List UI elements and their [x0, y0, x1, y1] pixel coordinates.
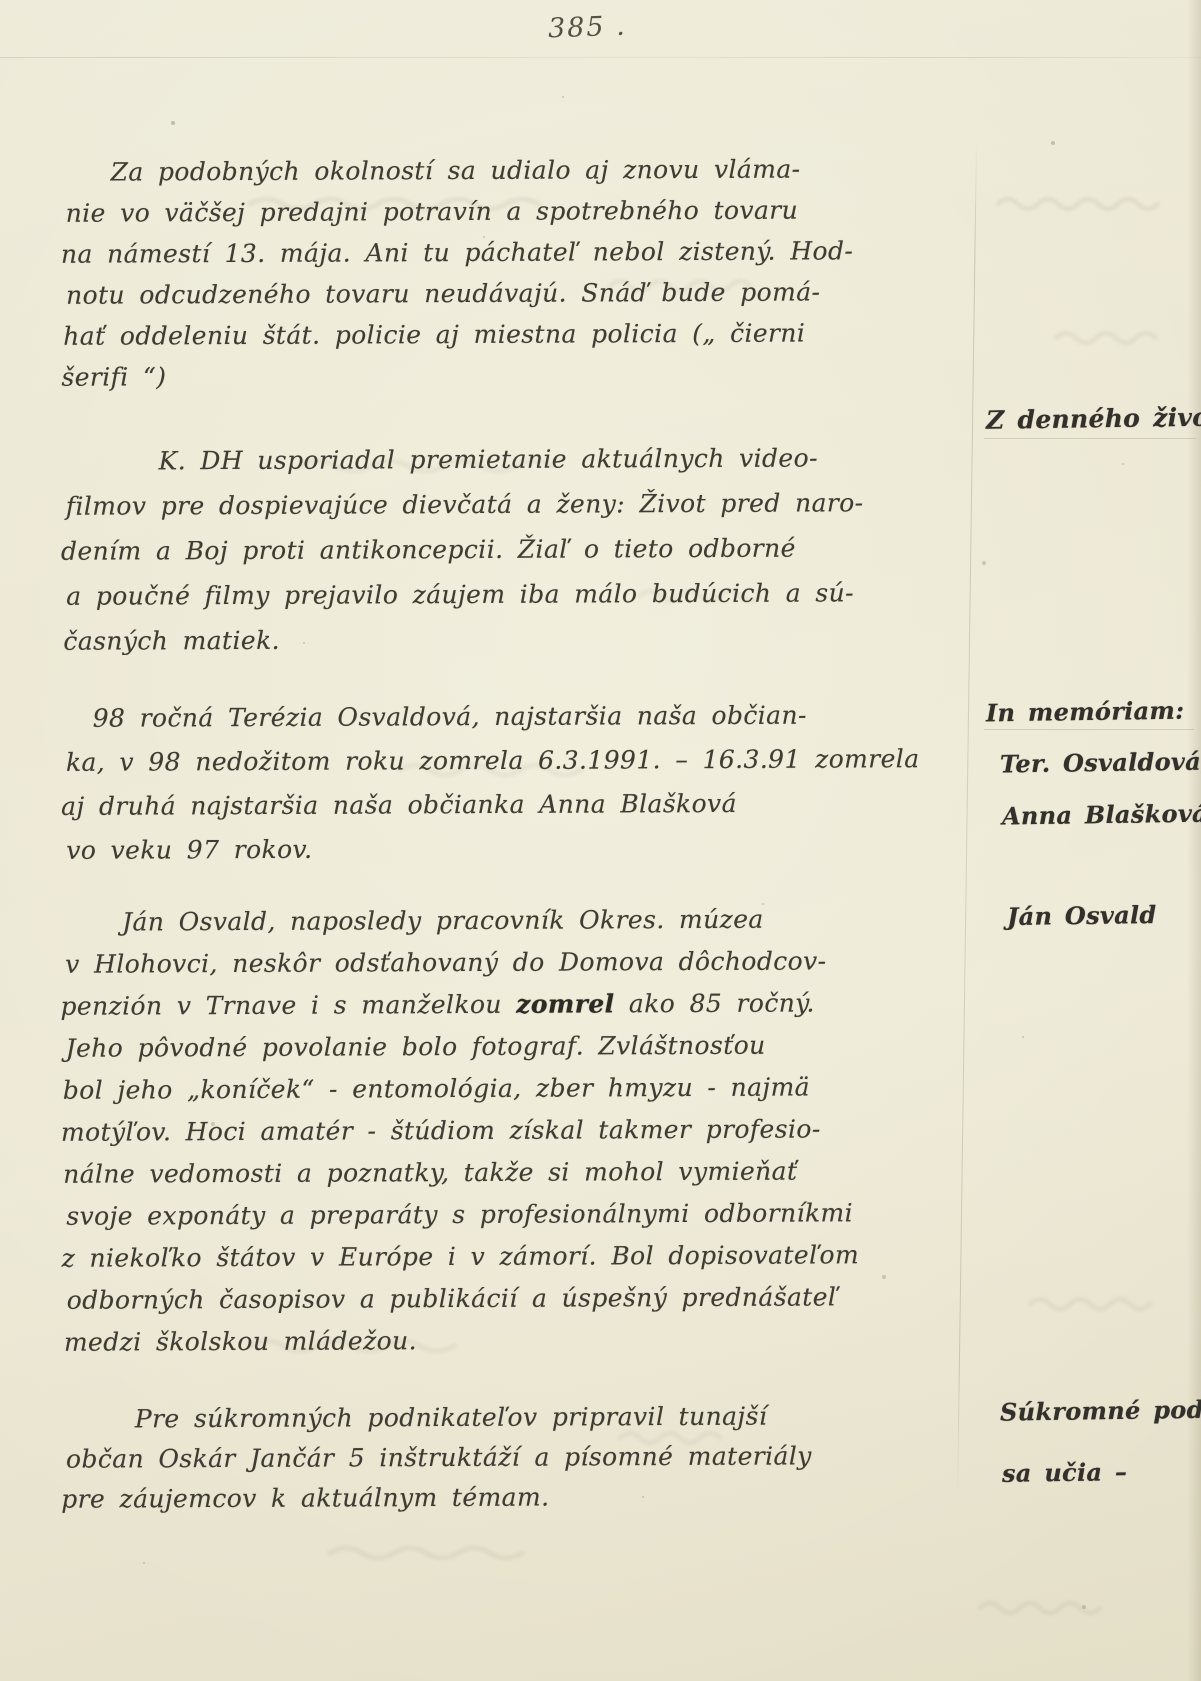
margin-note-anna-blaskova: Anna Blašková,	[1002, 799, 1201, 831]
handwritten-line: bol jeho „koníček“ - entomológia, zber h…	[63, 1066, 859, 1111]
handwritten-line: 98 ročná Terézia Osvaldová, najstaršia n…	[63, 693, 920, 741]
handwritten-line: aj druhá najstaršia naša občianka Anna B…	[61, 781, 920, 829]
paragraph-video-screening: K. DH usporiadal premietanie aktuálnych …	[63, 435, 865, 663]
page-number: 385 .	[547, 11, 627, 45]
handwritten-line: svoje exponáty a preparáty s profesionál…	[66, 1192, 859, 1237]
margin-note-ter-osvaldova: Ter. Osvaldová,	[1000, 747, 1201, 779]
handwritten-line: filmov pre dospievajúce dievčatá a ženy:…	[66, 480, 864, 528]
handwritten-line: na námestí 13. mája. Ani tu páchateľ neb…	[61, 230, 853, 274]
handwritten-line: nálne vedomosti a poznatky, takže si moh…	[63, 1150, 859, 1195]
margin-guide-line	[984, 438, 1196, 439]
handwritten-line: hať oddeleniu štát. policie aj miestna p…	[63, 312, 853, 356]
handwritten-line: Pre súkromných podnikateľov pripravil tu…	[63, 1396, 812, 1439]
paragraph-burglary-report: Za podobných okolností sa udialo aj znov…	[62, 148, 853, 397]
handwritten-line: odborných časopisov a publikácií a úspeš…	[67, 1276, 860, 1321]
handwritten-line: vo veku 97 rokov.	[66, 825, 920, 873]
handwritten-line: občan Oskár Jančár 5 inštruktáží a písom…	[66, 1436, 812, 1479]
handwritten-line: a poučné filmy prejavilo záujem iba málo…	[66, 570, 864, 618]
handwritten-line: pre záujemcov k aktuálnym témam.	[61, 1476, 812, 1519]
handwritten-line: K. DH usporiadal premietanie aktuálnych …	[63, 435, 864, 483]
handwritten-line: nie vo väčšej predajni potravín a spotre…	[66, 189, 853, 233]
handwritten-line: časných matiek.	[63, 615, 864, 663]
margin-note-private-businesses-2: sa učia –	[1002, 1457, 1128, 1488]
handwritten-line: dením a Boj proti antikoncepcii. Žiaľ o …	[61, 525, 864, 574]
margin-note-jan-osvald: Ján Osvald	[1007, 900, 1157, 931]
chronicle-page-scan: 385 . Za podobných okolností sa udialo a…	[0, 0, 1201, 1681]
handwritten-line: Jeho pôvodné povolanie bolo fotograf. Zv…	[66, 1024, 859, 1069]
margin-note-daily-life: Z denného života	[986, 402, 1201, 435]
handwritten-line: z niekoľko štátov v Európe i v zámorí. B…	[61, 1234, 859, 1279]
paper-crease-horizontal	[0, 57, 1201, 58]
handwritten-line: v Hlohovci, neskôr odsťahovaný do Domova…	[65, 940, 858, 985]
margin-note-private-businesses: Súkromné podn.	[1000, 1394, 1201, 1426]
page-edge-shadow	[1187, 0, 1201, 1681]
handwritten-line: šerifi “)	[61, 353, 853, 397]
paragraph-oldest-citizens: 98 ročná Terézia Osvaldová, najstaršia n…	[63, 693, 920, 873]
paragraph-private-entrepreneurs: Pre súkromných podnikateľov pripravil tu…	[63, 1396, 812, 1519]
margin-guide-line	[984, 729, 1194, 730]
handwritten-line: motýľov. Hoci amatér - štúdiom získal ta…	[61, 1108, 859, 1153]
handwritten-line: penzión v Trnave i s manželkou zomrel ak…	[60, 982, 858, 1027]
margin-rule-line	[957, 140, 977, 1500]
handwritten-line: medzi školskou mládežou.	[64, 1318, 860, 1363]
handwritten-line: Za podobných okolností sa udialo aj znov…	[62, 148, 852, 192]
paper-specks	[0, 0, 2, 2]
paragraph-jan-osvald: Ján Osvald, naposledy pracovník Okres. m…	[62, 898, 860, 1363]
handwritten-line: notu odcudzeného tovaru neudávajú. Snáď …	[66, 271, 853, 315]
margin-note-in-memoriam: In memóriam:	[986, 696, 1185, 728]
handwritten-line: ka, v 98 nedožitom roku zomrela 6.3.1991…	[66, 737, 920, 785]
handwritten-line: Ján Osvald, naposledy pracovník Okres. m…	[62, 898, 858, 943]
